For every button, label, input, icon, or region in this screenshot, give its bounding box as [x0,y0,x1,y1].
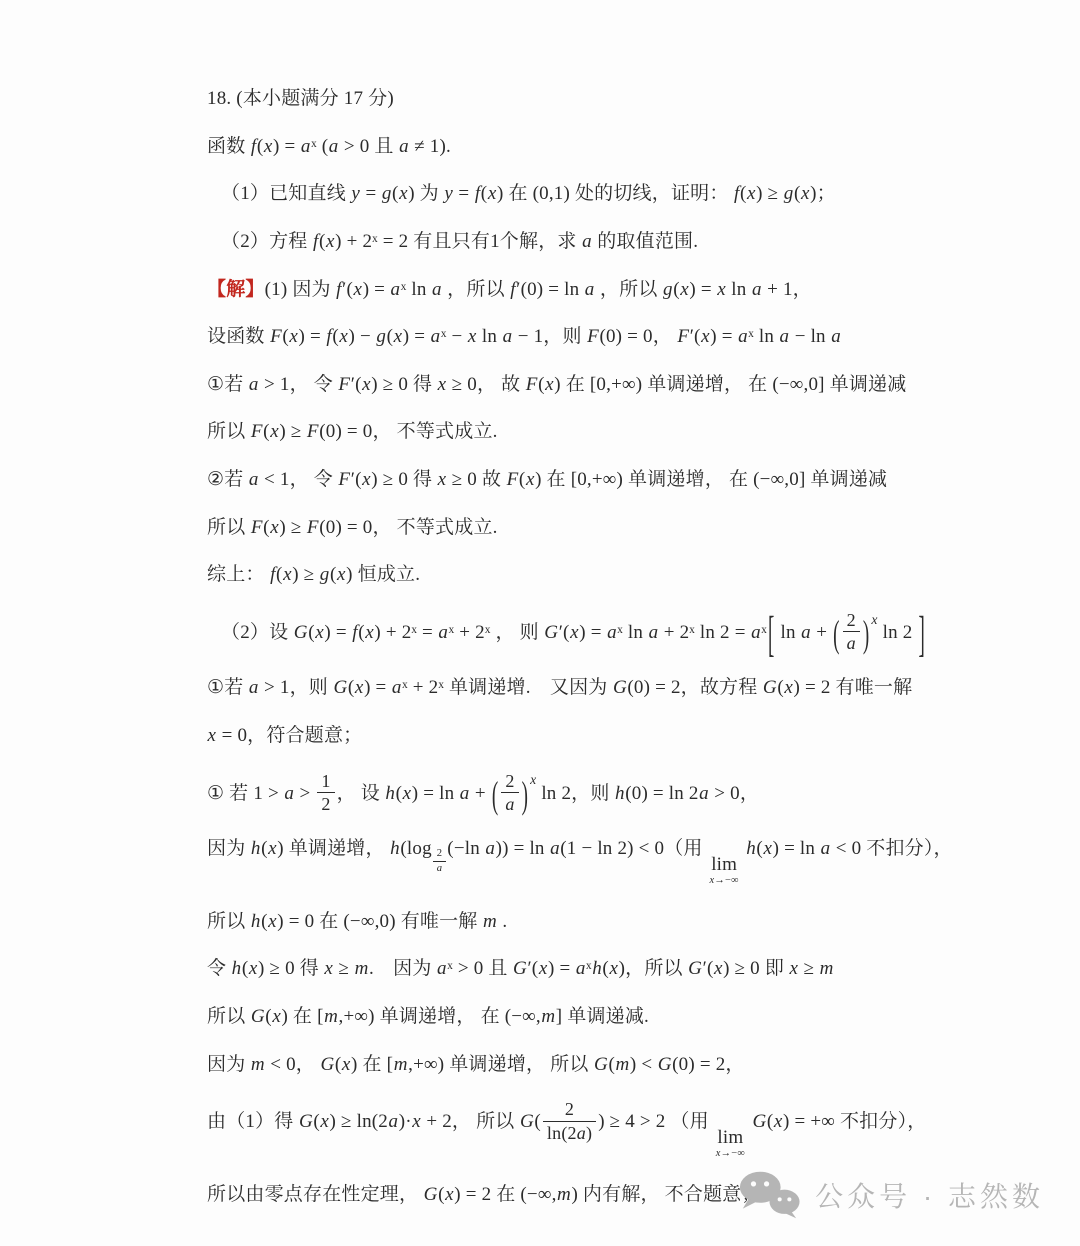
tall-bracket: ( [491,771,500,822]
wechat-icon [737,1170,801,1220]
limit-notation: limx→−∞ [716,1128,745,1159]
text-run: 综上： f(x) ≥ g(x) 恒成立. [207,564,420,585]
solution-G-m-lt-2: 因为 m < 0， G(x) 在 [m,+∞) 单调递增， 所以 G(m) < … [207,1052,970,1078]
solution-part2-case-a-gt-1-end: x = 0，符合题意； [207,723,970,749]
text-run: 因为 h(x) 单调递增， h(log [207,838,432,859]
solution-h-unique-root: 所以 h(x) = 0 在 (−∞,0) 有唯一解 m . [207,909,970,935]
problem-part1: （1）已知直线 y = g(x) 为 y = f(x) 在 (0,1) 处的切线… [207,181,970,207]
solution-case1-a-gt-1: ①若 a > 1， 令 F′(x) ≥ 0 得 x ≥ 0， 故 F(x) 在 … [207,372,970,398]
solution-part2-define-G: （2）设 G(x) = f(x) + 2ˣ = aˣ + 2ˣ ， 则 G′(x… [207,610,970,653]
fraction: 2a [843,610,860,653]
problem-function-def: 函数 f(x) = aˣ (a > 0 且 a ≠ 1). [207,134,970,160]
tall-bracket: ( [832,611,841,662]
solution-case2-conclusion: 所以 F(x) ≥ F(0) = 0， 不等式成立. [207,515,970,541]
text-run: 函数 f(x) = aˣ (a > 0 且 a ≠ 1). [207,136,451,157]
text-run: ) ≥ 4 > 2 （用 [598,1111,714,1132]
text-run: 因为 m < 0， G(x) 在 [m,+∞) 单调递增， 所以 G(m) < … [207,1054,745,1075]
text-run: 所以 G(x) 在 [m,+∞) 单调递增， 在 (−∞,m] 单调递减. [207,1006,649,1027]
problem-part2: （2）方程 f(x) + 2ˣ = 2 有且只有1个解，求 a 的取值范围. [207,229,970,255]
text-run: 所以 h(x) = 0 在 (−∞,0) 有唯一解 m . [207,911,507,932]
fraction: 2a [433,848,447,875]
tall-bracket: ) [521,771,530,822]
solution-case2-a-lt-1: ②若 a < 1， 令 F′(x) ≥ 0 得 x ≥ 0 故 F(x) 在 [… [207,467,970,493]
text-run: （2）设 G(x) = f(x) + 2ˣ = aˣ + 2ˣ ， 则 G′(x… [221,622,767,643]
solution-body: 18. (本小题满分 17 分)函数 f(x) = aˣ (a > 0 且 a … [0,0,1080,1208]
text-run: （1）已知直线 y = g(x) 为 y = f(x) 在 (0,1) 处的切线… [221,183,836,204]
solution-part1-derivative: 【解】(1) 因为 f′(x) = aˣ ln a ，所以 f′(0) = ln… [207,277,970,303]
superscript: x [530,772,536,787]
text-run: 设函数 F(x) = f(x) − g(x) = aˣ − x ln a − 1… [207,326,841,347]
text-run: ln 2，则 h(0) = ln 2a > 0， [536,783,759,804]
tall-bracket: [ [767,604,776,671]
document-page: 18. (本小题满分 17 分)函数 f(x) = aˣ (a > 0 且 a … [0,0,1080,1246]
text-run: ① 若 1 > a > [207,783,315,804]
solution-define-F: 设函数 F(x) = f(x) − g(x) = aˣ − x ln a − 1… [207,324,970,350]
solution-part2-case-a-gt-1: ①若 a > 1，则 G(x) = aˣ + 2ˣ 单调递增. 又因为 G(0)… [207,675,970,701]
solution-part2-subcase-a-between: ① 若 1 > a > 12， 设 h(x) = ln a + (2a)x ln… [207,771,970,814]
text-run: ln a + [776,622,833,643]
text-run: h(x) = ln a < 0 不扣分）， [741,838,953,859]
text-run: 由（1）得 G(x) ≥ ln(2a)·x + 2， 所以 G( [207,1111,541,1132]
fraction: 2ln(2a) [543,1099,596,1142]
fraction: 2a [501,771,518,814]
solution-G-derivative-sign: 令 h(x) ≥ 0 得 x ≥ m. 因为 aˣ > 0 且 G′(x) = … [207,956,970,982]
solution-h-monotonic: 因为 h(x) 单调递增， h(log2a(−ln a)) = ln a(1 −… [207,836,970,887]
text-run: 所以 F(x) ≥ F(0) = 0， 不等式成立. [207,421,498,442]
solution-case1-conclusion: 所以 F(x) ≥ F(0) = 0， 不等式成立. [207,419,970,445]
answer-label: 【解】 [207,279,265,300]
text-run: （2）方程 f(x) + 2ˣ = 2 有且只有1个解，求 a 的取值范围. [221,231,698,252]
text-run: (−ln a)) = ln a(1 − ln 2) < 0（用 [447,838,707,859]
fraction: 12 [317,771,334,814]
text-run: 所以由零点存在性定理， G(x) = 2 在 (−∞,m) 内有解， 不合题意； [207,1184,761,1205]
text-run: ①若 a > 1， 令 F′(x) ≥ 0 得 x ≥ 0， 故 F(x) 在 … [207,374,906,395]
text-run: 18. (本小题满分 17 分) [207,88,394,109]
tall-bracket: ) [862,611,871,662]
watermark-text: 公众号 · 志然数 [815,1175,1044,1215]
limit-notation: limx→−∞ [710,855,739,886]
solution-G-monotonic: 所以 G(x) 在 [m,+∞) 单调递增， 在 (−∞,m] 单调递减. [207,1004,970,1030]
text-run: x = 0，符合题意； [207,725,362,746]
tall-bracket: ] [917,604,926,671]
problem-header: 18. (本小题满分 17 分) [207,86,970,112]
watermark: 公众号 · 志然数 [737,1170,1044,1220]
text-run: (1) 因为 f′(x) = aˣ ln a ，所以 f′(0) = ln a … [265,279,812,300]
text-run: 所以 F(x) ≥ F(0) = 0， 不等式成立. [207,517,498,538]
text-run: ln 2 [878,622,918,643]
solution-part1-summary: 综上： f(x) ≥ g(x) 恒成立. [207,562,970,588]
text-run: ①若 a > 1，则 G(x) = aˣ + 2ˣ 单调递增. 又因为 G(0)… [207,677,912,698]
text-run: G(x) = +∞ 不扣分）， [747,1111,927,1132]
text-run: ， 设 h(x) = ln a + [337,783,491,804]
superscript: x [871,612,877,627]
text-run: 令 h(x) ≥ 0 得 x ≥ m. 因为 aˣ > 0 且 G′(x) = … [207,958,834,979]
text-run: ②若 a < 1， 令 F′(x) ≥ 0 得 x ≥ 0 故 F(x) 在 [… [207,469,887,490]
solution-G-lower-bound: 由（1）得 G(x) ≥ ln(2a)·x + 2， 所以 G(2ln(2a))… [207,1099,970,1160]
